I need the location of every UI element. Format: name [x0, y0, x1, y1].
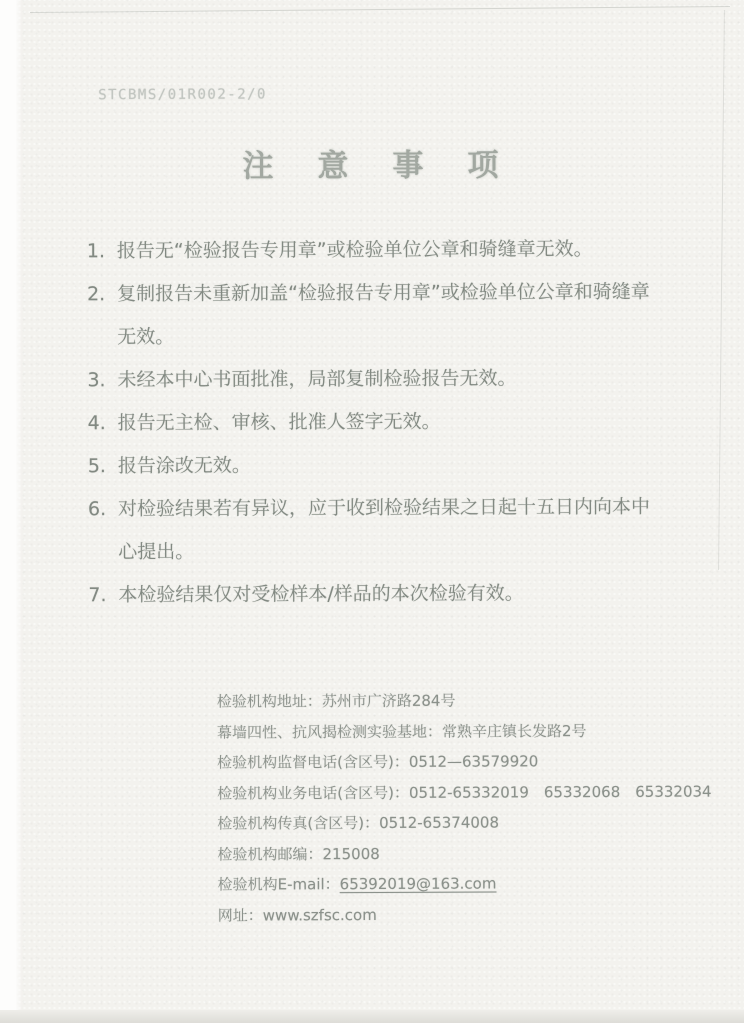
item-number: 5. [88, 445, 118, 488]
contact-business-phone: 检验机构业务电话(含区号)：0512-65332019 65332068 653… [217, 776, 687, 809]
contact-text: 检验机构业务电话(含区号)：0512-65332019 65332068 653… [217, 782, 711, 802]
item-number: 4. [88, 402, 118, 445]
contact-text: 幕墙四性、抗风揭检测实验基地：常熟辛庄镇长发路2号 [217, 722, 587, 742]
notice-list: 1. 报告无“检验报告专用章”或检验单位公章和骑缝章无效。 2. 复制报告未重新… [87, 228, 667, 618]
item-text: 复制报告未重新加盖“检验报告专用章”或检验单位公章和骑缝章无效。 [117, 271, 665, 359]
contact-postcode: 检验机构邮编：215008 [217, 837, 687, 870]
item-text: 报告无“检验报告专用章”或检验单位公章和骑缝章无效。 [117, 228, 665, 273]
item-text: 本检验结果仅对受检样本/样品的本次检验有效。 [118, 572, 666, 617]
contact-text: 检验机构E-mail： [218, 875, 340, 894]
contact-text: 网址：www.szfsc.com [218, 905, 377, 924]
item-number: 6. [88, 488, 118, 531]
notice-item: 4. 报告无主检、审核、批准人签字无效。 [88, 400, 666, 446]
contact-block: 检验机构地址：苏州市广济路284号 幕墙四性、抗风揭检测实验基地：常熟辛庄镇长发… [217, 685, 688, 931]
contact-text: 检验机构地址：苏州市广济路284号 [217, 692, 456, 711]
document-code: STCBMS/01R002-2/0 [98, 86, 267, 103]
item-text: 对检验结果若有异议，应于收到检验结果之日起十五日内向本中心提出。 [118, 486, 666, 574]
item-number: 2. [87, 273, 117, 316]
contact-fax: 检验机构传真(含区号)：0512-65374008 [217, 807, 687, 840]
contact-lab-base: 幕墙四性、抗风揭检测实验基地：常熟辛庄镇长发路2号 [217, 715, 687, 748]
notice-item: 5. 报告涂改无效。 [88, 443, 666, 489]
page-title: 注意事项 [0, 138, 743, 186]
contact-text: 检验机构监督电话(含区号)：0512—63579920 [217, 752, 538, 771]
contact-text: 检验机构传真(含区号)：0512-65374008 [217, 813, 499, 832]
item-text: 未经本中心书面批准，局部复制检验报告无效。 [117, 357, 665, 402]
item-number: 1. [87, 230, 117, 273]
item-number: 3. [87, 359, 117, 402]
scanned-page: STCBMS/01R002-2/0 注意事项 1. 报告无“检验报告专用章”或检… [0, 0, 744, 1023]
contact-address: 检验机构地址：苏州市广济路284号 [217, 685, 687, 718]
item-text: 报告涂改无效。 [118, 443, 666, 488]
contact-supervision-phone: 检验机构监督电话(含区号)：0512—63579920 [217, 746, 687, 779]
contact-website: 网址：www.szfsc.com [218, 898, 688, 931]
notice-item: 1. 报告无“检验报告专用章”或检验单位公章和骑缝章无效。 [87, 228, 665, 274]
email-address: 65392019@163.com [340, 874, 497, 893]
notice-item: 2. 复制报告未重新加盖“检验报告专用章”或检验单位公章和骑缝章无效。 [87, 271, 665, 360]
contact-email: 检验机构E-mail：65392019@163.com [218, 868, 688, 901]
contact-text: 检验机构邮编：215008 [217, 844, 379, 863]
notice-item: 3. 未经本中心书面批准，局部复制检验报告无效。 [87, 357, 665, 403]
item-number: 7. [88, 574, 118, 617]
item-text: 报告无主检、审核、批准人签字无效。 [118, 400, 666, 445]
notice-item: 7. 本检验结果仅对受检样本/样品的本次检验有效。 [88, 572, 666, 618]
notice-item: 6. 对检验结果若有异议，应于收到检验结果之日起十五日内向本中心提出。 [88, 486, 666, 575]
